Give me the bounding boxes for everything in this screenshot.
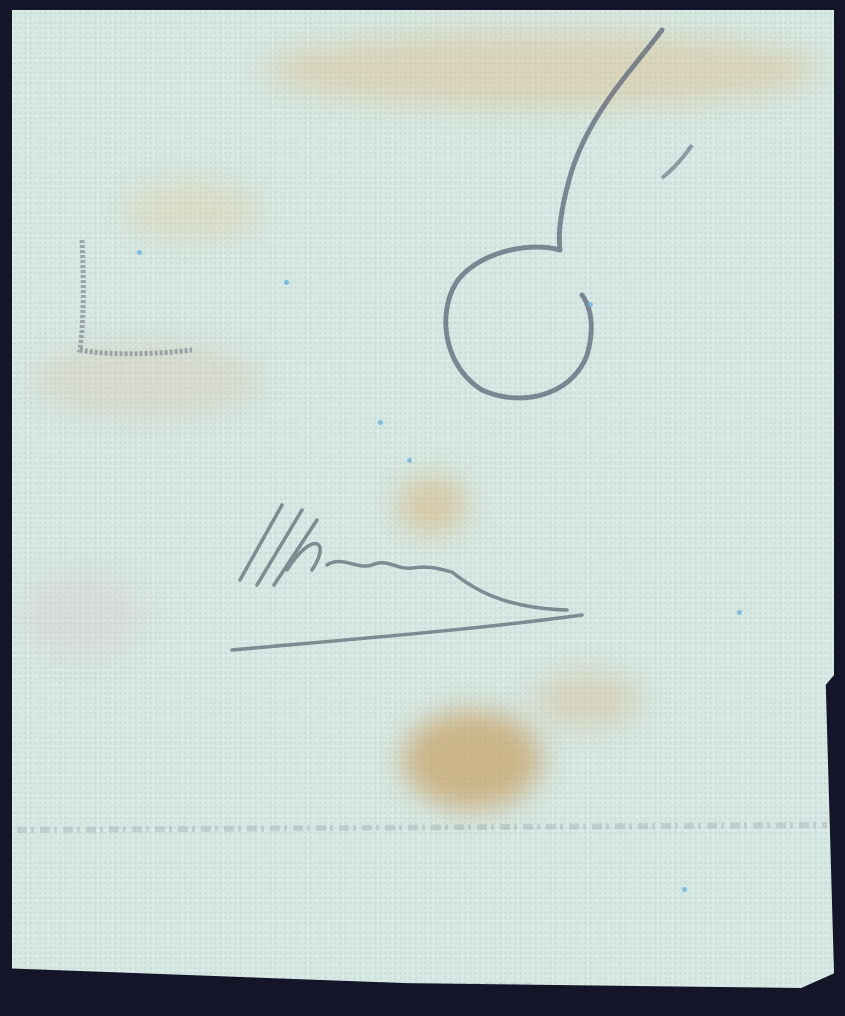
blue-fibre [682, 887, 687, 892]
blue-fibre [407, 458, 412, 463]
blue-fibre [737, 610, 742, 615]
blue-fibre [378, 420, 383, 425]
blue-fibre [588, 302, 593, 307]
show-through-line [17, 825, 827, 830]
stamp-back [12, 10, 834, 988]
pencil-l-stroke [80, 240, 192, 354]
blue-fibre [137, 250, 142, 255]
pencil-signature [232, 505, 582, 650]
blue-fibre [284, 280, 289, 285]
pencil-marks [12, 10, 834, 988]
pencil-numeral-six [446, 30, 662, 398]
